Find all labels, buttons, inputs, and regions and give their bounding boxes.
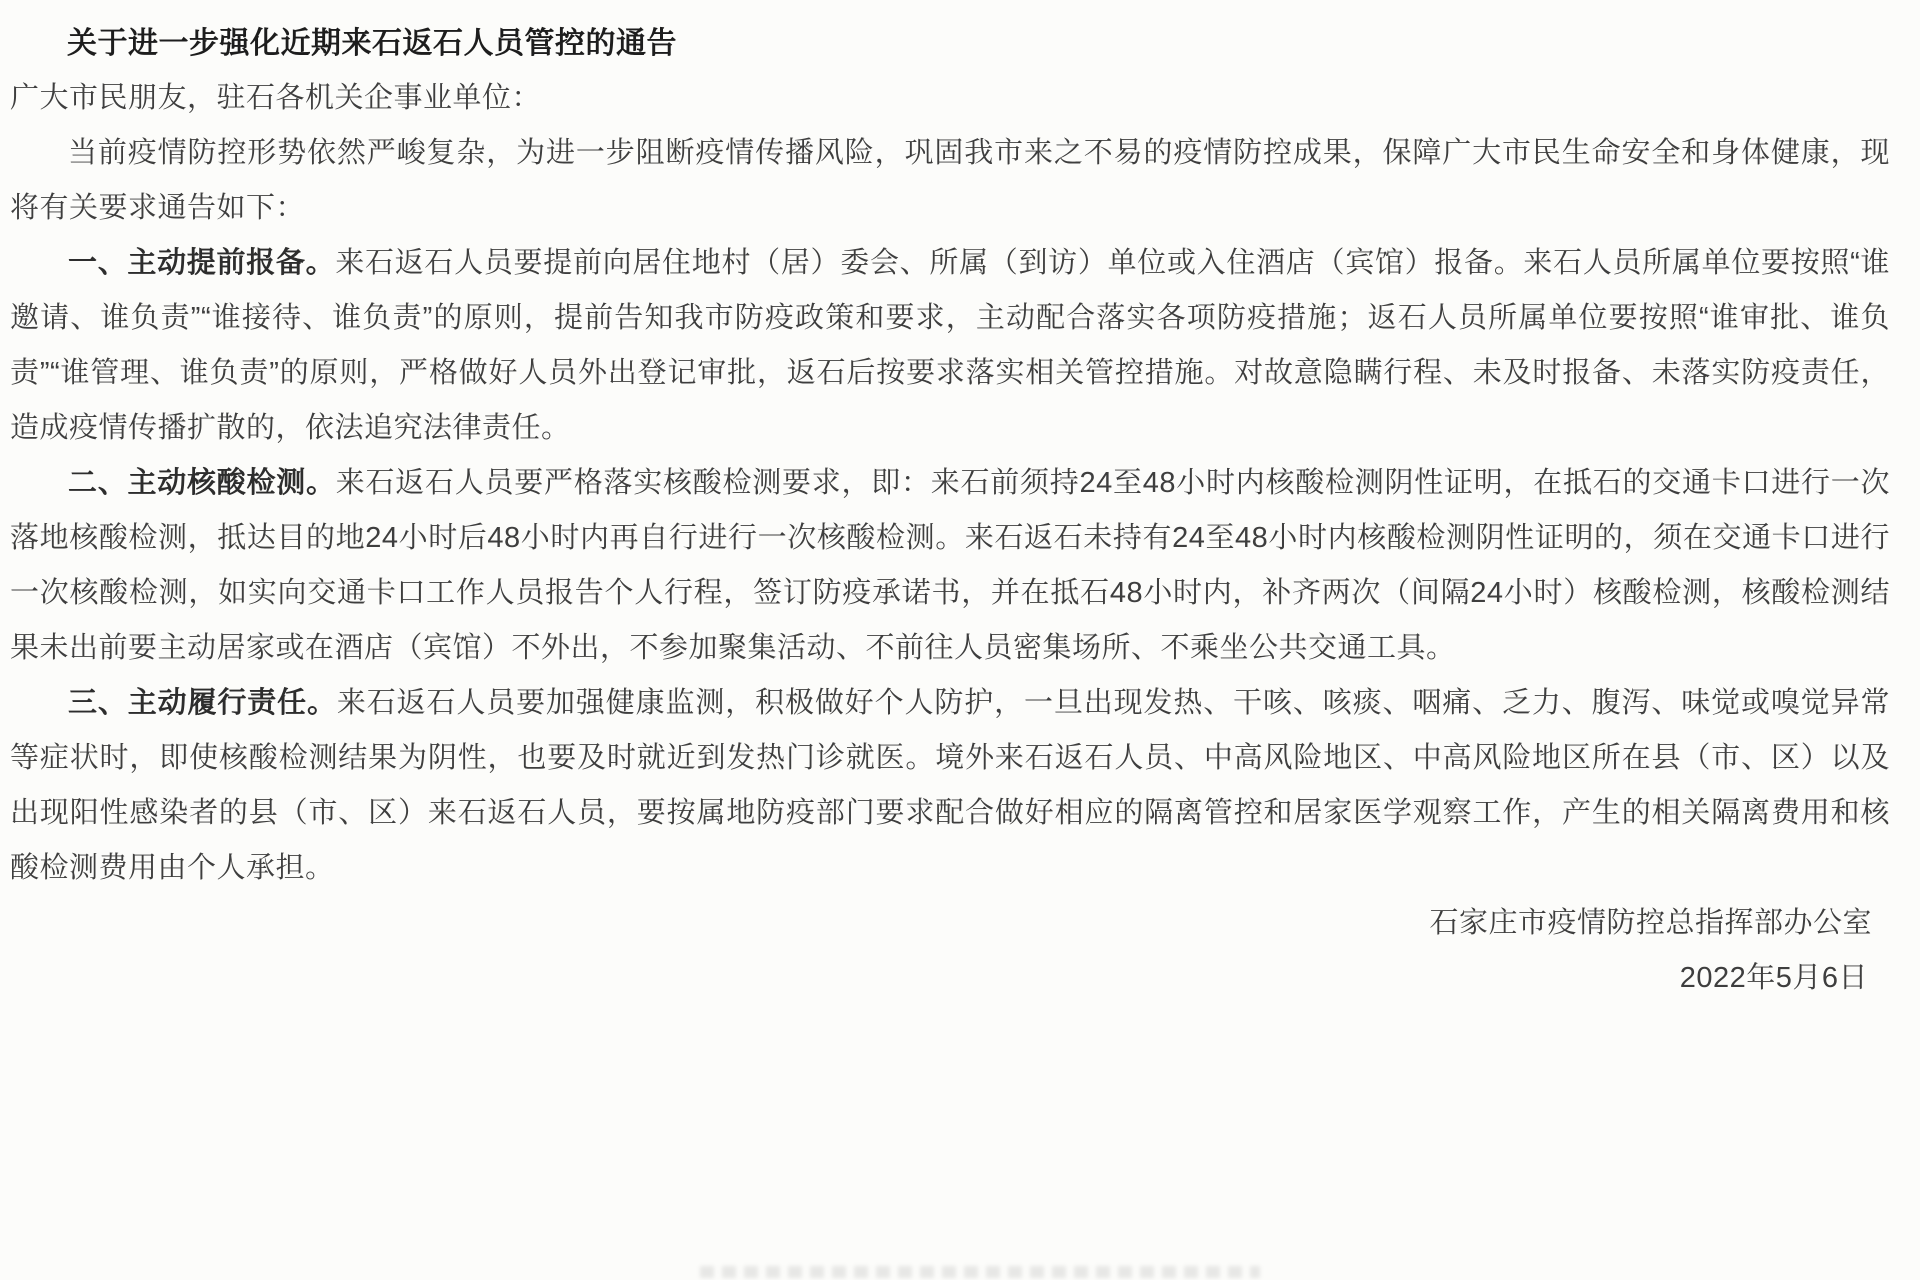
section-1-paragraph: 一、主动提前报备。来石返石人员要提前向居住地村（居）委会、所属（到访）单位或入住… [10,236,1890,456]
section-3-heading: 三、主动履行责任。 [68,687,337,719]
section-1-heading: 一、主动提前报备。 [68,247,335,279]
cutoff-text-artifact [700,1266,1260,1278]
issue-date: 2022年5月6日 [10,951,1890,1006]
section-2-heading: 二、主动核酸检测。 [68,467,336,499]
issuer-signature: 石家庄市疫情防控总指挥部办公室 [10,896,1890,951]
salutation-line: 广大市民朋友，驻石各机关企事业单位： [10,71,1890,126]
section-2-paragraph: 二、主动核酸检测。来石返石人员要严格落实核酸检测要求，即：来石前须持24至48小… [10,456,1890,676]
page-title: 关于进一步强化近期来石返石人员管控的通告 [10,16,1890,71]
section-3-paragraph: 三、主动履行责任。来石返石人员要加强健康监测，积极做好个人防护，一旦出现发热、干… [10,676,1890,896]
intro-paragraph: 当前疫情防控形势依然严峻复杂，为进一步阻断疫情传播风险，巩固我市来之不易的疫情防… [10,126,1890,236]
notice-document: 关于进一步强化近期来石返石人员管控的通告 广大市民朋友，驻石各机关企事业单位： … [0,0,1900,1280]
